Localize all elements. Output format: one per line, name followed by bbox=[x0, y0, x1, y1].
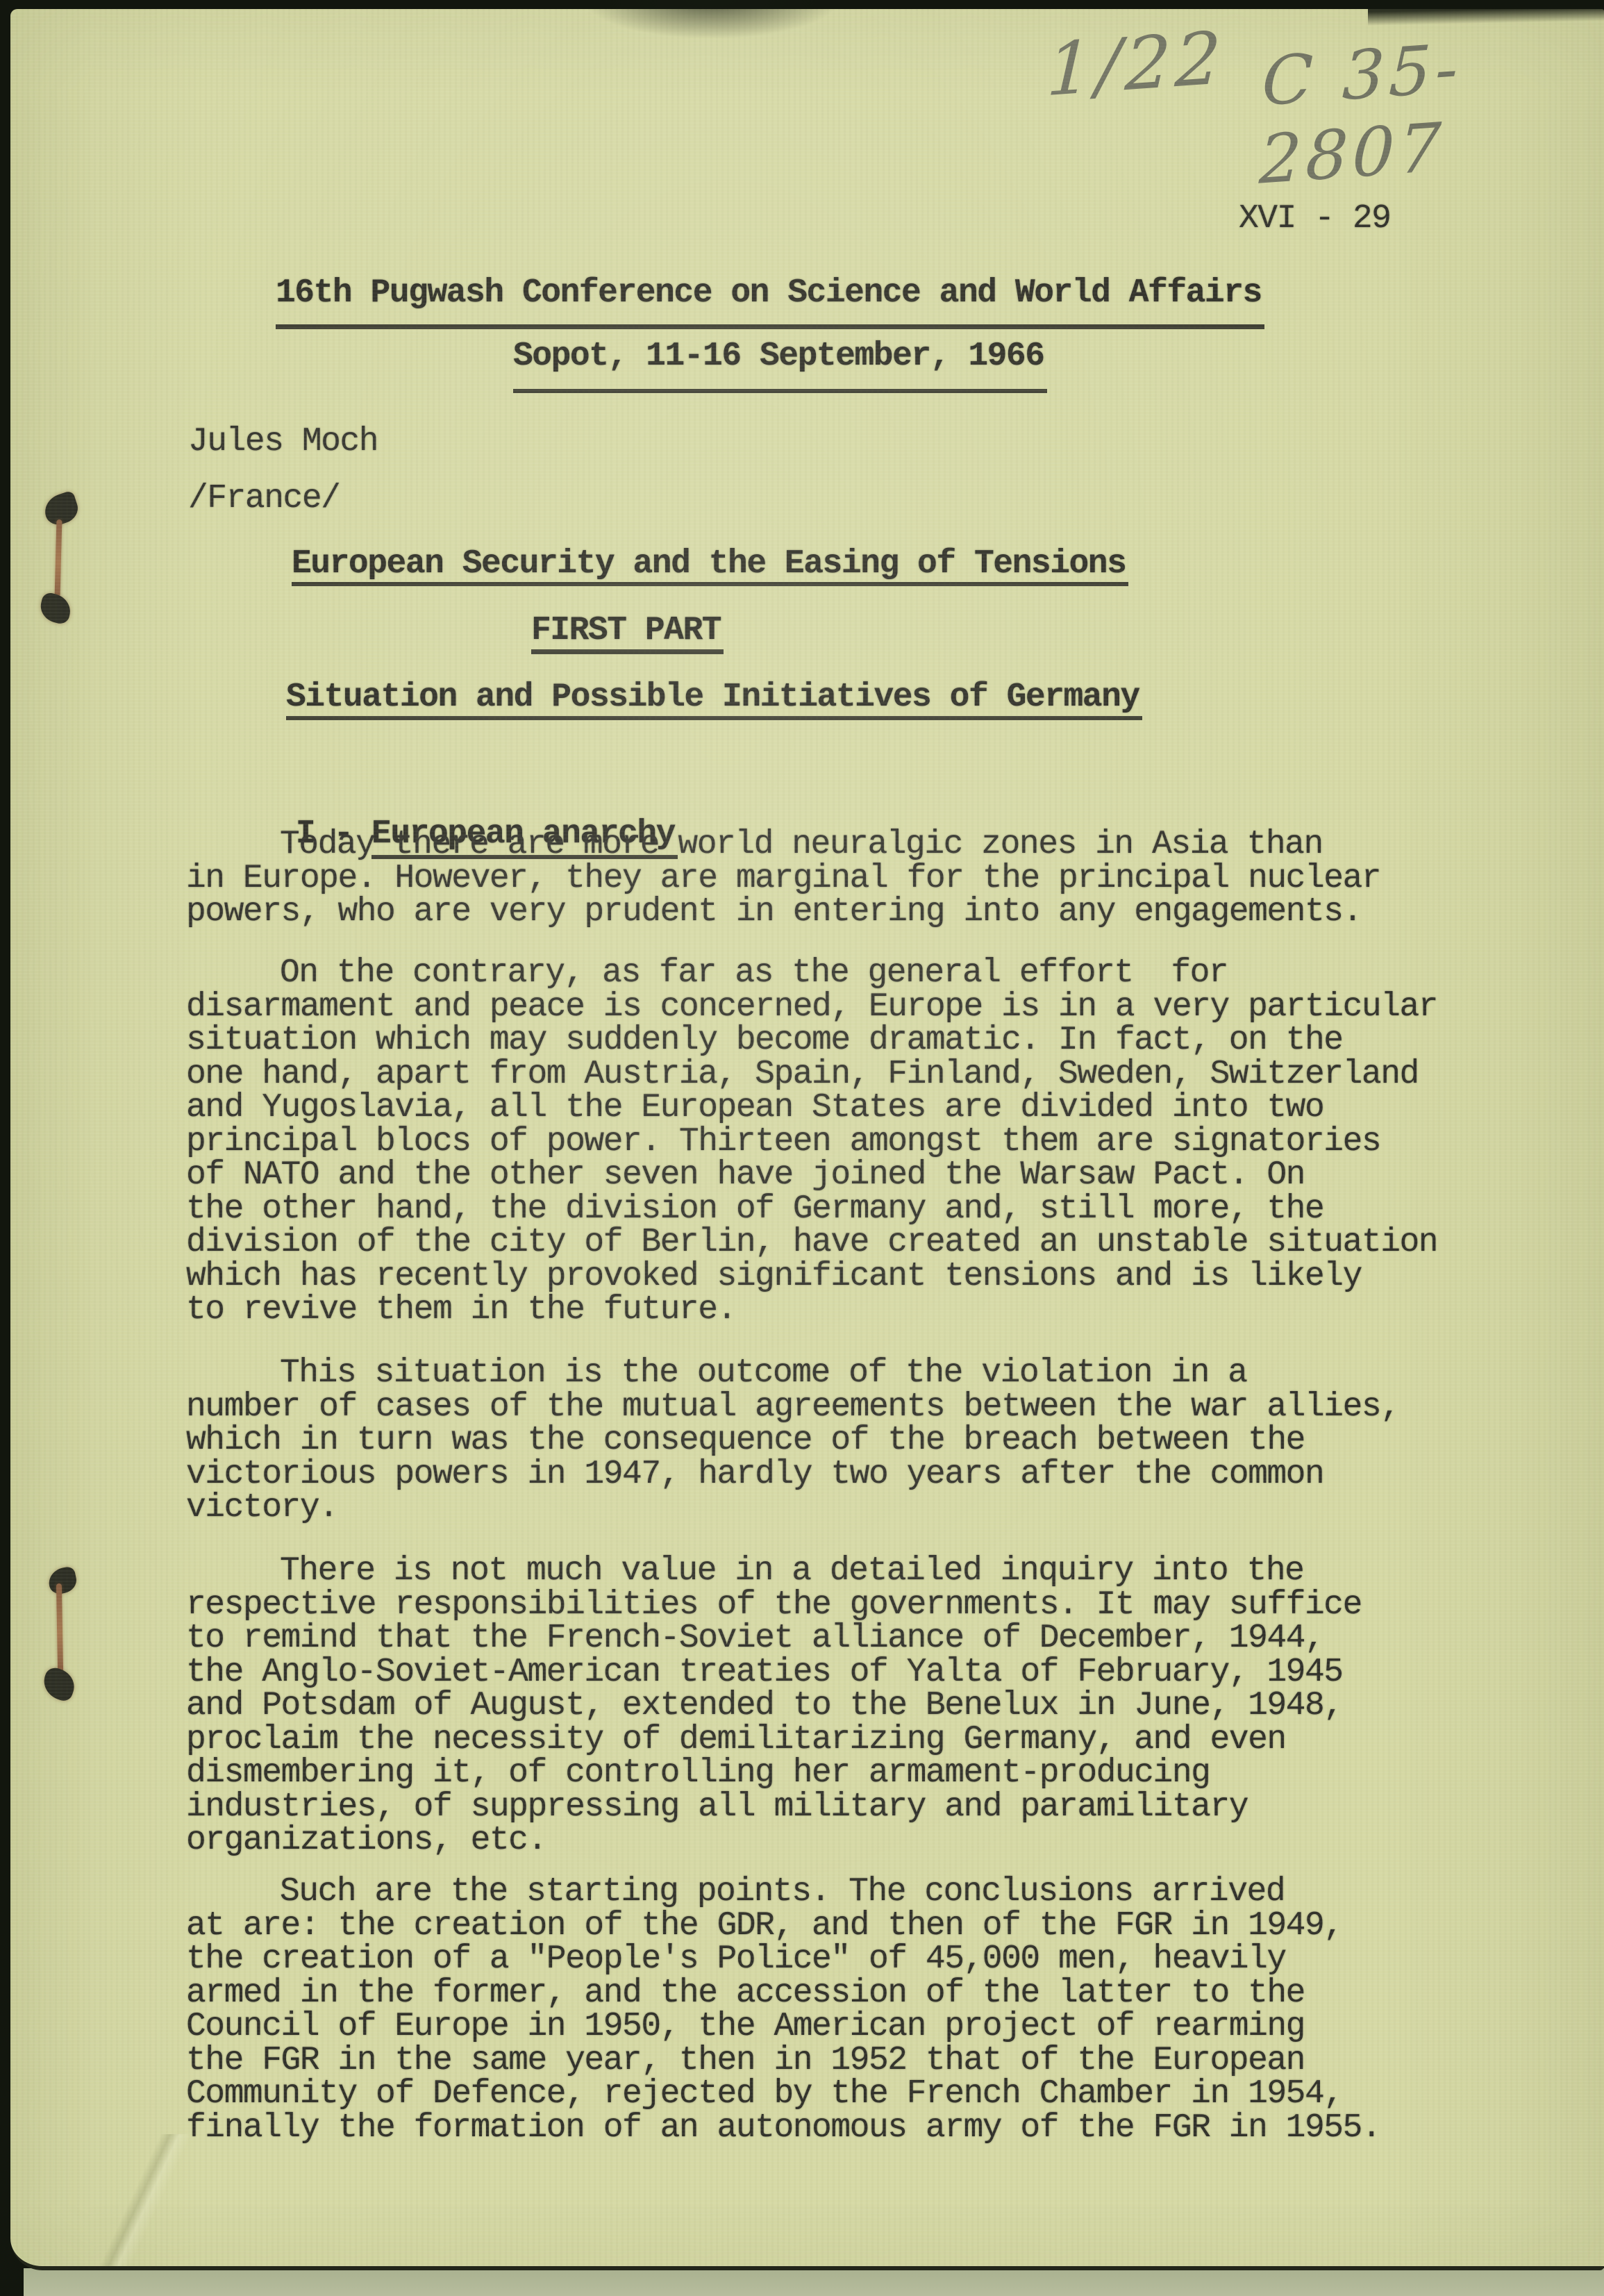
staple-top bbox=[35, 492, 90, 638]
paragraph-1: Today there are more world neuralgic zon… bbox=[186, 828, 1478, 929]
staple-wire-icon bbox=[56, 1583, 63, 1672]
under-sheet-edge bbox=[24, 2268, 1604, 2296]
paragraph-5: Such are the starting points. The conclu… bbox=[186, 1875, 1478, 2145]
staple-end-icon bbox=[39, 1665, 79, 1703]
part-title: Situation and Possible Initiatives of Ge… bbox=[286, 681, 1142, 720]
staple-end-icon bbox=[47, 1565, 79, 1596]
handwritten-archive-code: C 35-2807 bbox=[1258, 19, 1604, 199]
author-country: /France/ bbox=[188, 482, 340, 516]
document-page: 1/22 C 35-2807 XVI - 29 16th Pugwash Con… bbox=[10, 9, 1604, 2270]
conference-title: 16th Pugwash Conference on Science and W… bbox=[276, 276, 1264, 329]
staple-end-icon bbox=[37, 591, 74, 625]
staple-bottom bbox=[35, 1568, 90, 1700]
conference-location-date: Sopot, 11-16 September, 1966 bbox=[513, 340, 1047, 393]
paper-title: European Security and the Easing of Tens… bbox=[292, 547, 1128, 586]
part-label: FIRST PART bbox=[531, 614, 724, 654]
document-number: XVI - 29 bbox=[1239, 202, 1390, 236]
paragraph-2: On the contrary, as far as the general e… bbox=[186, 956, 1478, 1327]
staple-wire-icon bbox=[55, 519, 62, 597]
paragraph-4: There is not much value in a detailed in… bbox=[186, 1554, 1478, 1858]
paper-crease bbox=[17, 2134, 267, 2266]
scanned-document: 1/22 C 35-2807 XVI - 29 16th Pugwash Con… bbox=[0, 0, 1604, 2296]
author-name: Jules Moch bbox=[188, 425, 378, 459]
handwritten-page-number: 1/22 bbox=[1045, 15, 1226, 113]
paragraph-3: This situation is the outcome of the vio… bbox=[186, 1356, 1478, 1525]
